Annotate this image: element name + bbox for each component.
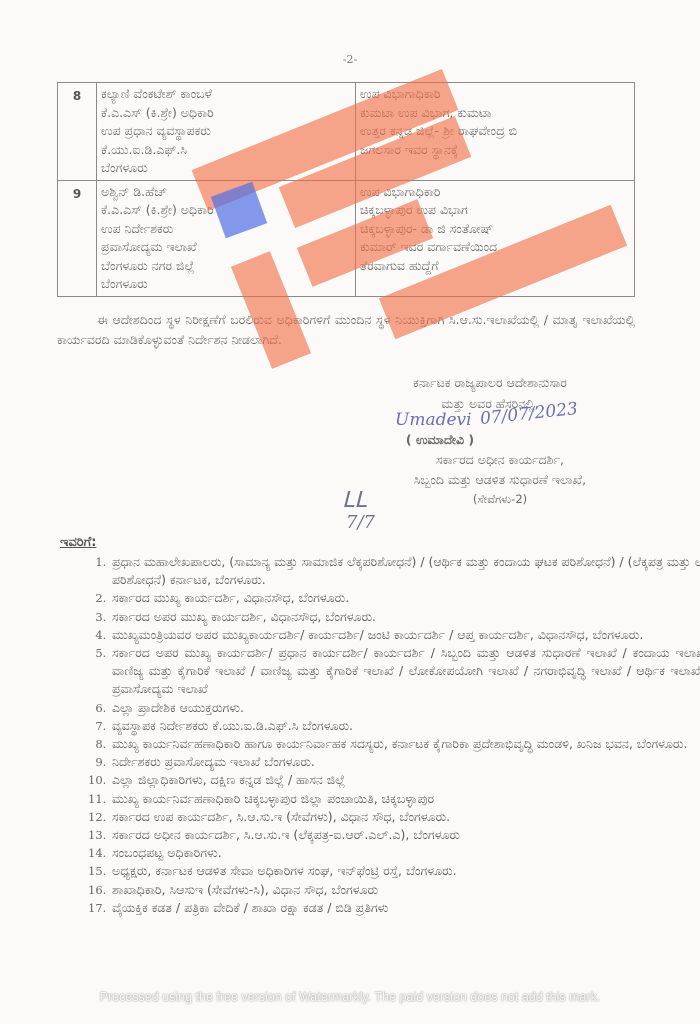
list-item: ಮುಖ್ಯ ಕಾರ್ಯನಿರ್ವಹಣಾಧಿಕಾರಿ ಹಾಗೂ ಕಾರ್ಯನಿರ್…: [110, 735, 700, 753]
signatory-designation: ಸರ್ಕಾರದ ಅಧೀನ ಕಾರ್ಯದರ್ಶಿ,: [300, 452, 700, 468]
posting-line: ಉತ್ತರ ಕನ್ನಡ ಜಿಲ್ಲೆ- ಶ್ರೀ ರಾಘವೇಂದ್ರ ಬಿ: [360, 122, 630, 141]
signatory-department: ಸಿಬ್ಬಂದಿ ಮತ್ತು ಆಡಳಿತ ಸುಧಾರಣೆ ಇಲಾಖೆ,: [300, 472, 700, 488]
officer-line: ಕೆ.ಎ.ಎಸ್ (ಕಿ.ಶ್ರೇ) ಅಧಿಕಾರಿ: [101, 201, 351, 220]
officer-line: ಕೆ.ಎ.ಎಸ್ (ಕಿ.ಶ್ರೇ) ಅಧಿಕಾರಿ: [101, 104, 351, 123]
list-item: ಪ್ರಧಾನ ಮಹಾಲೇಖಪಾಲರು, (ಸಾಮಾನ್ಯ ಮತ್ತು ಸಾಮಾಜ…: [110, 553, 700, 589]
new-posting-cell: ಉಪ ವಿಭಾಗಾಧಿಕಾರಿಕುಮಟಾ ಉಪ ವಿಭಾಗ, ಕುಮಟಾಉತ್ತ…: [356, 83, 635, 181]
recipients-heading: ಇವರಿಗೆ:: [60, 535, 96, 550]
posting-line: ಉಪ ವಿಭಾಗಾಧಿಕಾರಿ: [360, 85, 630, 104]
list-item: ಎಲ್ಲಾ ಪ್ರಾದೇಶಿಕ ಆಯುಕ್ತರುಗಳು.: [110, 699, 700, 717]
page-number: -2-: [0, 53, 700, 66]
list-item: ಎಲ್ಲಾ ಜಿಲ್ಲಾಧಿಕಾರಿಗಳು, ದಕ್ಷಿಣ ಕನ್ನಡ ಜಿಲ್…: [110, 771, 700, 789]
table-row: 9ಅಶ್ವಿನ್ ಡಿ.ಹೆಚ್ಕೆ.ಎ.ಎಸ್ (ಕಿ.ಶ್ರೇ) ಅಧಿಕಾ…: [58, 180, 635, 296]
list-item: ಸರ್ಕಾರದ ಅಪರ ಮುಖ್ಯ ಕಾರ್ಯದರ್ಶಿ/ ಪ್ರಧಾನ ಕಾರ…: [110, 644, 700, 699]
officer-line: ಅಶ್ವಿನ್ ಡಿ.ಹೆಚ್: [101, 183, 351, 202]
list-item: ಸರ್ಕಾರದ ಉಪ ಕಾರ್ಯದರ್ಶಿ, ಸಿ.ಆ.ಸು.ಇ (ಸೇವೆಗಳ…: [110, 808, 700, 826]
posting-line: ಜಗಲಸಾರ ಇವರ ಸ್ಥಾನಕ್ಕೆ: [360, 141, 630, 160]
list-item: ವ್ಯವಸ್ಥಾಪಕ ನಿರ್ದೇಶಕರು ಕೆ.ಯು.ಐ.ಡಿ.ಎಫ್.ಸಿ …: [110, 717, 700, 735]
list-item: ನಿರ್ದೇಶಕರು ಪ್ರವಾಸೋದ್ಯಮ ಇಲಾಖೆ ಬೆಂಗಳೂರು.: [110, 753, 700, 771]
handwritten-signature: Umadevi: [395, 410, 472, 430]
list-item: ಸರ್ಕಾರದ ಮುಖ್ಯ ಕಾರ್ಯದರ್ಶಿ, ವಿಧಾನಸೌಧ, ಬೆಂಗ…: [110, 589, 700, 607]
list-item: ಮುಖ್ಯಮಂತ್ರಿಯವರ ಅಪರ ಮುಖ್ಯಕಾರ್ಯದರ್ಶಿ/ ಕಾರ್…: [110, 626, 700, 644]
serial-number: 9: [58, 180, 97, 296]
table-row: 8ಕಲ್ಯಾಣಿ ವೆಂಕಟೇಶ್ ಕಾಂಬಳೆಕೆ.ಎ.ಎಸ್ (ಕಿ.ಶ್ರ…: [58, 83, 635, 181]
posting-line: ಉಪ ವಿಭಾಗಾಧಿಕಾರಿ: [360, 183, 630, 202]
officer-line: ಪ್ರವಾಸೋದ್ಯಮ ಇಲಾಖೆ: [101, 238, 351, 257]
officer-line: ಬೆಂಗಳೂರು ನಗರ ಜಿಲ್ಲೆ: [101, 257, 351, 276]
list-item: ವೈಯಕ್ತಿಕ ಕಡತ / ಪತ್ರಿಕಾ ವೇದಿಕೆ / ಶಾಖಾ ರಕ್…: [110, 899, 700, 917]
recipients-list: ಪ್ರಧಾನ ಮಹಾಲೇಖಪಾಲರು, (ಸಾಮಾನ್ಯ ಮತ್ತು ಸಾಮಾಜ…: [80, 553, 700, 917]
officer-line: ಕೆ.ಯು.ಐ.ಡಿ.ಎಫ್.ಸಿ: [101, 141, 351, 160]
document-page: -2- 8ಕಲ್ಯಾಣಿ ವೆಂಕಟೇಶ್ ಕಾಂಬಳೆಕೆ.ಎ.ಎಸ್ (ಕಿ…: [0, 0, 700, 1024]
posting-line: ತೆರವಾಗುವ ಹುದ್ದೆಗೆ: [360, 257, 630, 276]
handwritten-number: 7/7: [346, 512, 375, 533]
posting-line: ಚಿಕ್ಕಬಳ್ಳಾಪುರ- ಡಾ ಜಿ ಸಂತೋಷ್: [360, 220, 630, 239]
watermark-footer-text: Processed using the free version of Wate…: [0, 990, 700, 1004]
list-item: ಮುಖ್ಯ ಕಾರ್ಯನಿರ್ವಹಣಾಧಿಕಾರಿ ಚಿಕ್ಕಬಳ್ಳಾಪುರ …: [110, 790, 700, 808]
officer-line: ಬೆಂಗಳೂರು: [101, 275, 351, 294]
signatory-name: ( ಉಮಾದೇವಿ ): [360, 432, 520, 448]
list-item: ಸಂಬಂಧಪಟ್ಟ ಅಧಿಕಾರಿಗಳು.: [110, 844, 700, 862]
list-item: ಅಧ್ಯಕ್ಷರು, ಕರ್ನಾಟಕ ಆಡಳಿತ ಸೇವಾ ಅಧಿಕಾರಿಗಳ …: [110, 862, 700, 880]
order-paragraph: ಈ ಆದೇಶದಿಂದ ಸ್ಥಳ ನಿರೀಕ್ಷಣೆಗೆ ಬರಲಿರುವ ಅಧಿಕ…: [57, 310, 635, 350]
new-posting-cell: ಉಪ ವಿಭಾಗಾಧಿಕಾರಿಚಿಕ್ಕಬಳ್ಳಾಪುರ ಉಪ ವಿಭಾಗಚಿಕ…: [356, 180, 635, 296]
list-item: ಶಾಖಾಧಿಕಾರಿ, ಸಿಆಸುಇ (ಸೇವೆಗಳು-ಸಿ), ವಿಧಾನ ಸ…: [110, 881, 700, 899]
signature-line-1: ಕರ್ನಾಟಕ ರಾಜ್ಯಪಾಲರ ಆದೇಶಾನುಸಾರ: [360, 375, 620, 391]
officer-line: ಬೆಂಗಳೂರು: [101, 159, 351, 178]
handwritten-initial: ᒪᒪ: [342, 488, 367, 513]
posting-line: ಚಿಕ್ಕಬಳ್ಳಾಪುರ ಉಪ ವಿಭಾಗ: [360, 201, 630, 220]
posting-line: ಕುಮಟಾ ಉಪ ವಿಭಾಗ, ಕುಮಟಾ: [360, 104, 630, 123]
transfer-table: 8ಕಲ್ಯಾಣಿ ವೆಂಕಟೇಶ್ ಕಾಂಬಳೆಕೆ.ಎ.ಎಸ್ (ಕಿ.ಶ್ರ…: [57, 82, 635, 297]
officer-line: ಉಪ ನಿರ್ದೇಶಕರು: [101, 220, 351, 239]
list-item: ಸರ್ಕಾರದ ಅಧೀನ ಕಾರ್ಯದರ್ಶಿ, ಸಿ.ಆ.ಸು.ಇ (ಲೆಕ್…: [110, 826, 700, 844]
officer-line: ಉಪ ಪ್ರಧಾನ ವ್ಯವಸ್ಥಾಪಕರು: [101, 122, 351, 141]
officer-details-cell: ಕಲ್ಯಾಣಿ ವೆಂಕಟೇಶ್ ಕಾಂಬಳೆಕೆ.ಎ.ಎಸ್ (ಕಿ.ಶ್ರೇ…: [97, 83, 356, 181]
serial-number: 8: [58, 83, 97, 181]
officer-details-cell: ಅಶ್ವಿನ್ ಡಿ.ಹೆಚ್ಕೆ.ಎ.ಎಸ್ (ಕಿ.ಶ್ರೇ) ಅಧಿಕಾರ…: [97, 180, 356, 296]
list-item: ಸರ್ಕಾರದ ಅಪರ ಮುಖ್ಯ ಕಾರ್ಯದರ್ಶಿ, ವಿಧಾನಸೌಧ, …: [110, 608, 700, 626]
officer-line: ಕಲ್ಯಾಣಿ ವೆಂಕಟೇಶ್ ಕಾಂಬಳೆ: [101, 85, 351, 104]
posting-line: ಕುಮಾರ್ ಇವರ ವರ್ಗಾವಣೆಯಿಂದ: [360, 238, 630, 257]
